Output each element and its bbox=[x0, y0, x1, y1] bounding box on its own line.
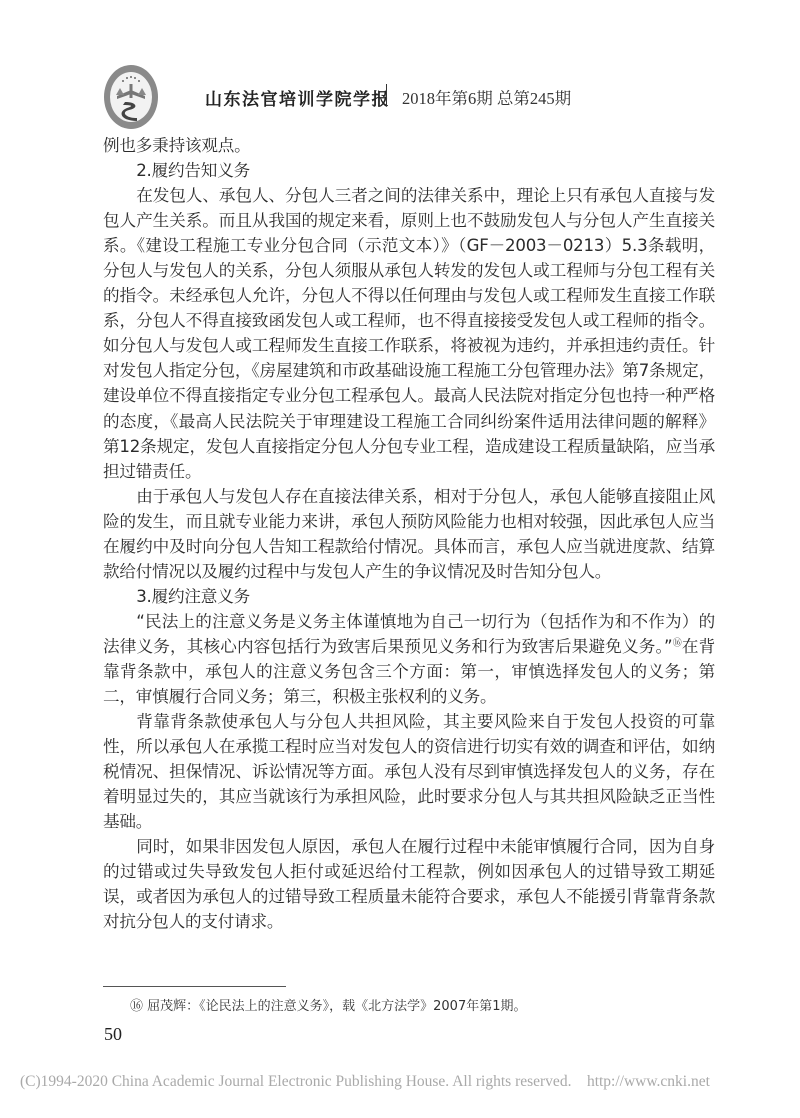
quote-text: “民法上的注意义务是义务主体谨慎地为自己一切行为（包括作为和不作为）的法律义务，… bbox=[103, 612, 715, 656]
paragraph: 由于承包人与发包人存在直接法律关系，相对于分包人，承包人能够直接阻止风险的发生，… bbox=[103, 484, 715, 584]
header-divider bbox=[386, 84, 387, 106]
paragraph-with-footnote: “民法上的注意义务是义务主体谨慎地为自己一切行为（包括作为和不作为）的法律义务，… bbox=[103, 609, 715, 709]
section-heading-3: 3.履约注意义务 bbox=[103, 584, 715, 609]
journal-title: 山东法官培训学院学报 bbox=[205, 85, 390, 110]
paragraph: 在发包人、承包人、分包人三者之间的法律关系中，理论上只有承包人直接与发包人产生关… bbox=[103, 183, 715, 484]
section-heading-2: 2.履约告知义务 bbox=[103, 158, 715, 183]
page-number: 50 bbox=[104, 1024, 122, 1045]
issue-info: 2018年第6期 总第245期 bbox=[402, 85, 571, 109]
footnote-divider bbox=[103, 986, 286, 987]
footnote-reference[interactable]: ⑯ bbox=[672, 638, 682, 648]
paragraph-continuation: 例也多秉持该观点。 bbox=[103, 133, 715, 158]
college-emblem-logo bbox=[103, 64, 159, 130]
paragraph: 同时，如果非因发包人原因，承包人在履行过程中未能审慎履行合同，因为自身的过错或过… bbox=[103, 834, 715, 934]
article-body: 例也多秉持该观点。 2.履约告知义务 在发包人、承包人、分包人三者之间的法律关系… bbox=[103, 133, 715, 935]
copyright-notice: (C)1994-2020 China Academic Journal Elec… bbox=[20, 1073, 710, 1091]
page-header: 山东法官培训学院学报 2018年第6期 总第245期 bbox=[0, 0, 800, 130]
paragraph: 背靠背条款使承包人与分包人共担风险，其主要风险来自于发包人投资的可靠性，所以承包… bbox=[103, 709, 715, 834]
footnote-16: ⑯ 屈茂辉：《论民法上的注意义务》，载《北方法学》2007年第1期。 bbox=[130, 995, 527, 1014]
